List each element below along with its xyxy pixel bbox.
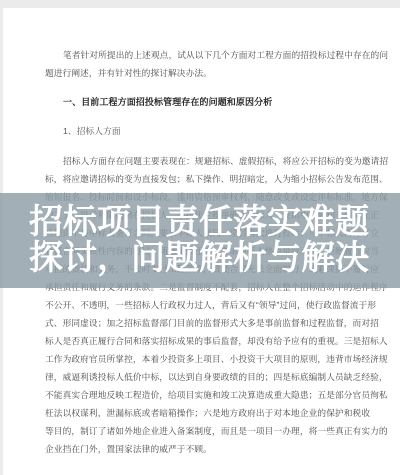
body-line: 标，将应邀请招标的变为直接发包；私下操作、明招暗定，人为缩小招标公告发布范围、 bbox=[45, 170, 380, 188]
body-line: 招标人方面存在问题主要表现在：规避招标、虚假招标，将应公开招标的变为邀请招 bbox=[45, 152, 380, 170]
intro-line: 题进行阐述，并有针对性的探讨解决办法。 bbox=[45, 64, 380, 82]
intro-line: 笔者针对所提出的上述观点，试从以下几个方面对工程方面的招投标过程中存在的问 bbox=[45, 46, 380, 64]
body-line: 律，威逼利诱投标人低价中标，以达到自身要政绩的目的；四是标底编制人员缺乏经验， bbox=[45, 368, 380, 386]
overlay-title-line-2: 探讨，问题解析与解决 bbox=[0, 240, 400, 276]
title-overlay-banner: 招标项目责任落实难题 探讨，问题解析与解决 bbox=[0, 193, 400, 288]
body-line: 等目的，制订了诸如外地企业进入备案制度，而且是一项目一办理，将一些真正有实力的 bbox=[45, 422, 380, 440]
body-line: 企业挡在门外，置国家法律的威严于不顾。 bbox=[45, 440, 380, 458]
body-line: 不公开、不透明，一些招标人行政权力过人，背后又有“领导”过问，使行政监督流于形 bbox=[45, 296, 380, 314]
body-line: 枉法以权谋利，泄漏标底或者暗箱操作；六是地方政府出于对本地企业的保护和税收 bbox=[45, 404, 380, 422]
body-line: 式、形同虚设；加之招标监督部门目前的监督形式大多是事前监督和过程监督，而对招 bbox=[45, 314, 380, 332]
body-line: 标人是否真正履行合同和落实招标成果的事后监督，却没有给予应有的重视。三是招标人 bbox=[45, 332, 380, 350]
body-line: 不能真实合理地反映工程造价，给项目实施和竣工决算造成重大隐患；五是部分官员徇私 bbox=[45, 386, 380, 404]
sub-heading: 1、招标人方面 bbox=[45, 122, 380, 140]
body-line: 工作为政府官员所掌控，本着少投资多上项目、小投资干大项目的原则，违背市场经济规 bbox=[45, 350, 380, 368]
section-heading: 一、目前工程方面招投标管理存在的问题和原因分析 bbox=[45, 93, 380, 111]
overlay-title-line-1: 招标项目责任落实难题 bbox=[0, 204, 400, 240]
